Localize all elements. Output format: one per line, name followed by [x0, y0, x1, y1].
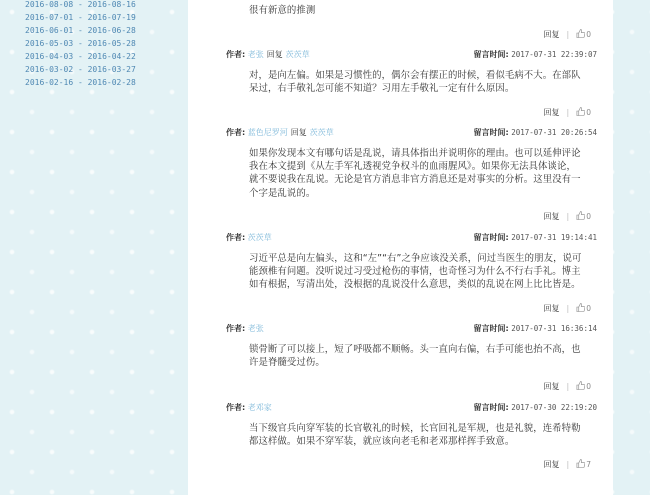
- comment-meta: 作者: 老邓家 留言时间: 2017-07-30 22:19:20: [226, 401, 597, 415]
- author-label: 作者:: [226, 50, 245, 59]
- archive-link[interactable]: 2016-02-16 - 2016-02-28: [25, 76, 136, 89]
- thumbs-up-icon: [576, 459, 585, 468]
- comment-actions: 回复|0: [544, 303, 591, 315]
- like-count: 0: [586, 304, 591, 313]
- thumbs-up-icon: [576, 381, 585, 390]
- comment-time: 留言时间: 2017-07-30 22:19:20: [473, 401, 597, 415]
- author-link[interactable]: 蓝色尼罗河: [248, 128, 288, 137]
- archive-list: 2016-08-08 - 2016-08-16 2016-07-01 - 201…: [25, 0, 136, 89]
- author-link[interactable]: 老邓家: [248, 403, 272, 412]
- like-button[interactable]: 0: [576, 382, 591, 391]
- timestamp: 2017-07-31 20:26:54: [511, 128, 597, 137]
- archive-link[interactable]: 2016-05-03 - 2016-05-28: [25, 37, 136, 50]
- comment-body: 对，是向左偏。如果是习惯性的，偶尔会有摆正的时候，看似毛病不大。在部队呆过，右手…: [249, 69, 585, 95]
- archive-link[interactable]: 2016-07-01 - 2016-07-19: [25, 11, 136, 24]
- reply-to-label: 回复: [267, 50, 283, 59]
- comment-actions: 回复|0: [544, 107, 591, 119]
- comment-time: 留言时间: 2017-07-31 19:14:41: [473, 231, 597, 245]
- comment-actions: 回复|0: [544, 29, 591, 41]
- timestamp: 2017-07-31 16:36:14: [511, 324, 597, 333]
- reply-button[interactable]: 回复: [544, 382, 560, 391]
- reply-to-link[interactable]: 茨茨草: [286, 50, 310, 59]
- reply-button[interactable]: 回复: [544, 212, 560, 221]
- comment-body: 习近平总是向左偏头，这和“左”“右”之争应该没关系，问过当医生的朋友，说可能颈椎…: [249, 252, 585, 292]
- archive-link[interactable]: 2016-04-03 - 2016-04-22: [25, 50, 136, 63]
- like-button[interactable]: 0: [576, 304, 591, 313]
- page-background-right: [613, 0, 650, 495]
- comment-time: 留言时间: 2017-07-31 20:26:54: [473, 126, 597, 140]
- comment-body: 很有新意的推测: [249, 4, 585, 17]
- thumbs-up-icon: [576, 107, 585, 116]
- archive-link[interactable]: 2016-08-08 - 2016-08-16: [25, 0, 136, 11]
- separator: |: [567, 382, 570, 391]
- reply-button[interactable]: 回复: [544, 108, 560, 117]
- comment-meta: 作者: 老张回复茨茨草 留言时间: 2017-07-31 22:39:07: [226, 48, 597, 62]
- author-label: 作者:: [226, 403, 245, 412]
- like-button[interactable]: 0: [576, 108, 591, 117]
- reply-button[interactable]: 回复: [544, 460, 560, 469]
- comment-time: 留言时间: 2017-07-31 16:36:14: [473, 322, 597, 336]
- timestamp: 2017-07-31 19:14:41: [511, 233, 597, 242]
- comment-actions: 回复|0: [544, 381, 591, 393]
- reply-button[interactable]: 回复: [544, 304, 560, 313]
- separator: |: [567, 30, 570, 39]
- comment-actions: 回复|0: [544, 211, 591, 223]
- comment-time: 留言时间: 2017-07-31 22:39:07: [473, 48, 597, 62]
- timestamp: 2017-07-31 22:39:07: [511, 50, 597, 59]
- like-button[interactable]: 7: [576, 460, 591, 469]
- thumbs-up-icon: [576, 303, 585, 312]
- like-button[interactable]: 0: [576, 212, 591, 221]
- author-label: 作者:: [226, 324, 245, 333]
- separator: |: [567, 108, 570, 117]
- like-count: 0: [586, 30, 591, 39]
- archive-link[interactable]: 2016-06-01 - 2016-06-28: [25, 24, 136, 37]
- reply-to-label: 回复: [291, 128, 307, 137]
- comment-body: 当下级官兵向穿军装的长官敬礼的时候，长官回礼是军规，也是礼貌，连希特勒都这样做。…: [249, 422, 585, 448]
- separator: |: [567, 304, 570, 313]
- like-count: 7: [586, 460, 591, 469]
- thumbs-up-icon: [576, 211, 585, 220]
- archive-link[interactable]: 2016-03-02 - 2016-03-27: [25, 63, 136, 76]
- comment-actions: 回复|7: [544, 459, 591, 471]
- comments-section: 很有新意的推测 回复|0 作者: 老张回复茨茨草 留言时间: 2017-07-3…: [188, 0, 613, 495]
- comment-meta: 作者: 蓝色尼罗河回复茨茨草 留言时间: 2017-07-31 20:26:54: [226, 126, 597, 140]
- timestamp: 2017-07-30 22:19:20: [511, 403, 597, 412]
- comment-body: 锁骨断了可以接上，短了呼吸都不顺畅。头一直向右偏，右手可能也抬不高，也许是脊髓受…: [249, 343, 585, 369]
- like-count: 0: [586, 108, 591, 117]
- reply-button[interactable]: 回复: [544, 30, 560, 39]
- author-label: 作者:: [226, 128, 245, 137]
- like-count: 0: [586, 212, 591, 221]
- comment-meta: 作者: 茨茨草 留言时间: 2017-07-31 19:14:41: [226, 231, 597, 245]
- separator: |: [567, 212, 570, 221]
- author-label: 作者:: [226, 233, 245, 242]
- author-link[interactable]: 老张: [248, 50, 264, 59]
- like-count: 0: [586, 382, 591, 391]
- separator: |: [567, 460, 570, 469]
- author-link[interactable]: 老张: [248, 324, 264, 333]
- author-link[interactable]: 茨茨草: [248, 233, 272, 242]
- thumbs-up-icon: [576, 29, 585, 38]
- like-button[interactable]: 0: [576, 30, 591, 39]
- comment-body: 如果你发现本文有哪句话是乱说，请具体指出并说明你的理由。也可以延伸评论我在本文提…: [249, 147, 585, 200]
- reply-to-link[interactable]: 茨茨草: [310, 128, 334, 137]
- sidebar: 2016-08-08 - 2016-08-16 2016-07-01 - 201…: [0, 0, 188, 495]
- comment-meta: 作者: 老张 留言时间: 2017-07-31 16:36:14: [226, 322, 597, 336]
